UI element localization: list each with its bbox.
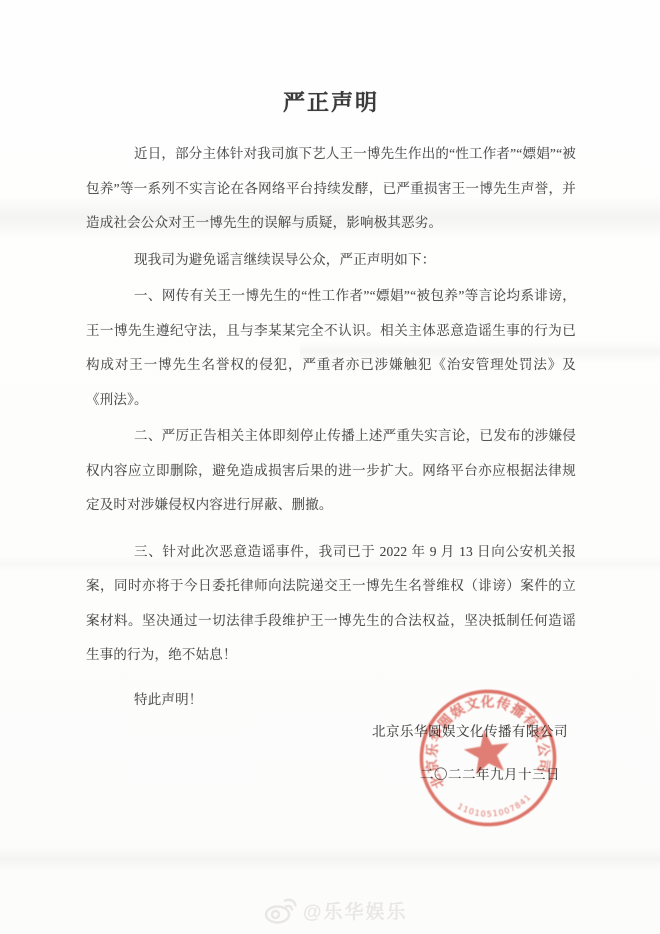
preamble-paragraph: 现我司为避免谣言继续误导公众，严正声明如下： bbox=[86, 243, 576, 278]
watermark-handle: @乐华娱乐 bbox=[303, 897, 408, 924]
item-2-paragraph: 二、严厉正告相关主体即刻停止传播上述严重失实言论，已发布的涉嫌侵权内容应立即删除… bbox=[86, 419, 576, 523]
company-seal: 北京乐华圆娱文化传播有限公司 1101051007841 bbox=[413, 687, 563, 829]
intro-paragraph: 近日，部分主体针对我司旗下艺人王一博先生作出的“性工作者”“嫖娼”“被包养”等一… bbox=[86, 137, 576, 241]
statement-document-page: 严正声明 近日，部分主体针对我司旗下艺人王一博先生作出的“性工作者”“嫖娼”“被… bbox=[0, 0, 660, 934]
seal-serial-number: 1101051007841 bbox=[455, 791, 535, 823]
item-1-paragraph: 一、网传有关王一博先生的“性工作者”“嫖娼”“被包养”等言论均系诽谤，王一博先生… bbox=[86, 279, 576, 417]
item-3-paragraph: 三、针对此次恶意造谣事件，我司已于 2022 年 9 月 13 日向公安机关报案… bbox=[86, 535, 576, 673]
star-icon bbox=[461, 727, 512, 776]
statement-body: 严正声明 近日，部分主体针对我司旗下艺人王一博先生作出的“性工作者”“嫖娼”“被… bbox=[86, 86, 576, 717]
scan-artifact bbox=[0, 846, 660, 872]
weibo-logo-icon bbox=[264, 896, 298, 924]
watermark: @乐华娱乐 bbox=[264, 896, 408, 924]
page-title: 严正声明 bbox=[86, 86, 576, 117]
